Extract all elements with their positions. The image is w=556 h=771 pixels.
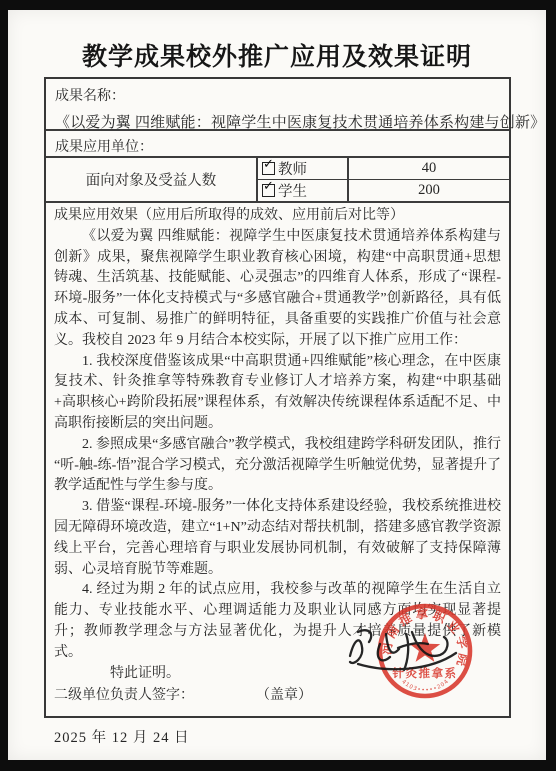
effect-item-3: 3. 借鉴“课程-环境-服务”一体化支持体系建设经验，我校系统推进校园无障碍环境… — [54, 497, 501, 580]
teacher-checkbox-checked-icon: ✓ — [262, 162, 275, 175]
effect-item-2: 2. 参照成果“多感官融合”教学模式，我校组建跨学科研发团队，推行“听-触-练-… — [54, 435, 501, 497]
achievement-name-value: 《以爱为翼 四维赋能：视障学生中医康复技术贯通培养体系构建与创新》 — [55, 111, 500, 132]
date-line: 2025 年 12 月 24 日 — [54, 728, 501, 749]
achievement-name-label: 成果名称： — [55, 85, 500, 105]
applying-unit-label: 成果应用单位： — [55, 140, 153, 155]
effect-item-4: 4. 经过为期 2 年的试点应用，我校参与改革的视障学生在生活自立能力、专业技能… — [54, 580, 501, 663]
check-mark-icon: ✓ — [263, 179, 274, 194]
effect-section: 成果应用效果（应用后所取得的成效、应用前后对比等） 《以爱为翼 四维赋能：视障学… — [46, 203, 509, 749]
student-count: 200 — [349, 180, 509, 201]
teacher-label: 教师 — [278, 158, 307, 179]
signature-line: 二级单位负责人签字：（盖章） — [54, 686, 501, 707]
audience-label: 面向对象及受益人数 — [46, 158, 258, 201]
seal-note: （盖章） — [256, 688, 312, 703]
page-title: 教学成果校外推广应用及效果证明 — [8, 37, 546, 73]
signer-label: 二级单位负责人签字： — [54, 688, 194, 703]
applying-unit-row: 成果应用单位： — [46, 131, 509, 158]
effect-item-1: 1. 我校深度借鉴该成果“中高职贯通+四维赋能”核心理念，在中医康复技术、针灸推… — [54, 352, 501, 435]
audience-row: 面向对象及受益人数 ✓ 教师 40 ✓ 学生 200 — [46, 158, 509, 203]
student-checkbox-checked-icon: ✓ — [262, 184, 275, 197]
audience-category-teachers: ✓ 教师 — [258, 158, 349, 180]
audience-category-students: ✓ 学生 — [258, 180, 349, 201]
achievement-name-row: 成果名称： 《以爱为翼 四维赋能：视障学生中医康复技术贯通培养体系构建与创新》 — [46, 79, 509, 131]
document-page: 教学成果校外推广应用及效果证明 成果名称： 《以爱为翼 四维赋能：视障学生中医康… — [8, 10, 546, 760]
certificate-table: 成果名称： 《以爱为翼 四维赋能：视障学生中医康复技术贯通培养体系构建与创新》 … — [44, 77, 511, 718]
effect-intro: 《以爱为翼 四维赋能：视障学生中医康复技术贯通培养体系构建与创新》成果，聚焦视障… — [54, 227, 501, 352]
closing-statement: 特此证明。 — [54, 664, 501, 685]
check-mark-icon: ✓ — [263, 157, 274, 172]
student-label: 学生 — [278, 180, 307, 201]
effect-header: 成果应用效果（应用后所取得的成效、应用前后对比等） — [54, 206, 501, 227]
teacher-count: 40 — [349, 158, 509, 180]
